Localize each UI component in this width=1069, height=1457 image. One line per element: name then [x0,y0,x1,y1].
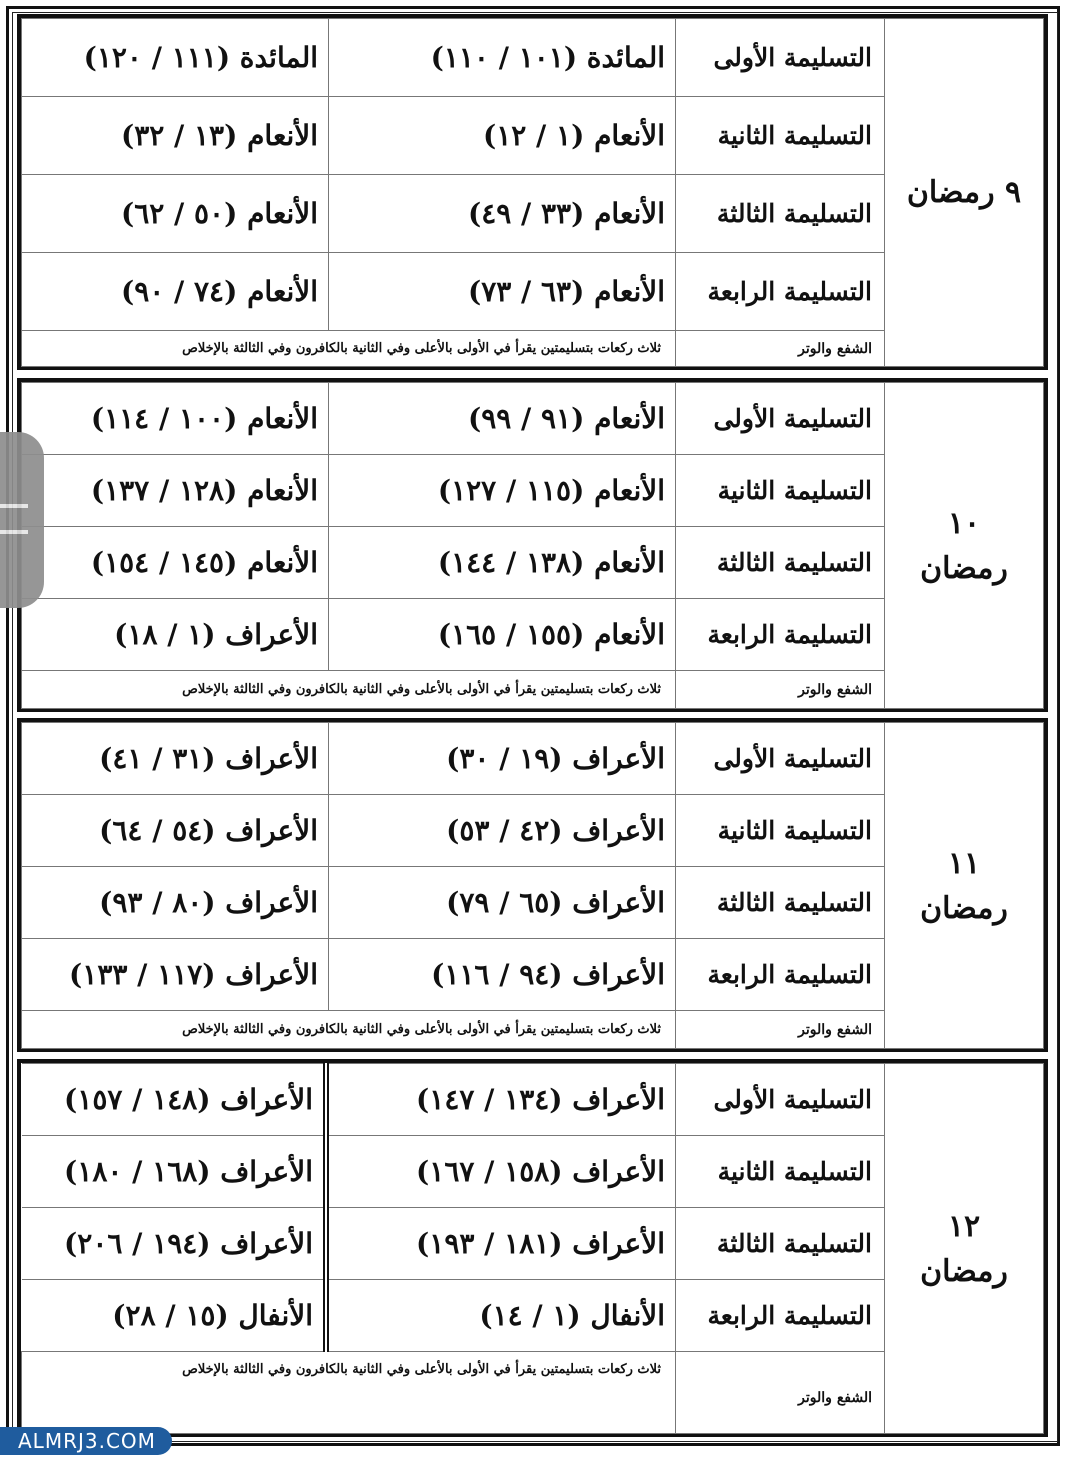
taslima-label: التسليمة الأولى [676,383,885,455]
shafa-witr-label: الشفع والوتر [676,1352,885,1434]
shafa-witr-note: ثلاث ركعات بتسليمتين يقرأ في الأولى بالأ… [22,331,676,367]
taslima-label: التسليمة الرابعة [676,1280,885,1352]
reading-2: الأعراف (٣١ / ٤١) [22,723,329,795]
day-number: ١٠ [885,501,1043,546]
taslima-label: التسليمة الثانية [676,1136,885,1208]
taslima-label: التسليمة الرابعة [676,253,885,331]
shafa-witr-label: الشفع والوتر [676,671,885,709]
taslima-label: التسليمة الثانية [676,455,885,527]
day-section-12: ١٢ رمضان التسليمة الأولى الأعراف (١٣٤ / … [17,1059,1048,1437]
taslima-label: التسليمة الرابعة [676,939,885,1011]
day-section-10: ١٠ رمضان التسليمة الأولى الأنعام (٩١ / ٩… [17,378,1048,712]
reading-1: الأنعام (١١٥ / ١٢٧) [329,455,676,527]
reading-2: الأعراف (٥٤ / ٦٤) [22,795,329,867]
day-cell: ١٢ رمضان [885,1064,1044,1434]
schedule-table-day-11: ١١ رمضان التسليمة الأولى الأعراف (١٩ / ٣… [21,722,1044,1049]
reading-1: الأعراف (١٣٤ / ١٤٧) [326,1064,676,1136]
reading-1: المائدة (١٠١ / ١١٠) [329,19,676,97]
taslima-label: التسليمة الثانية [676,795,885,867]
reading-2: الأنعام (٥٠ / ٦٢) [22,175,329,253]
taslima-label: التسليمة الثالثة [676,1208,885,1280]
reading-1: الأعراف (١٨١ / ١٩٣) [326,1208,676,1280]
day-cell: ١٠ رمضان [885,383,1044,709]
reading-1: الأنعام (٦٣ / ٧٣) [329,253,676,331]
day-section-9: ٩ رمضان التسليمة الأولى المائدة (١٠١ / ١… [17,14,1048,370]
reading-1: الأنفال (١ / ١٤) [326,1280,676,1352]
taslima-label: التسليمة الثانية [676,97,885,175]
schedule-table-day-10: ١٠ رمضان التسليمة الأولى الأنعام (٩١ / ٩… [21,382,1044,709]
schedule-table-day-9: ٩ رمضان التسليمة الأولى المائدة (١٠١ / ١… [21,18,1044,367]
reading-1: الأعراف (٦٥ / ٧٩) [329,867,676,939]
shafa-witr-note: ثلاث ركعات بتسليمتين يقرأ في الأولى بالأ… [22,1352,676,1434]
shafa-witr-note: ثلاث ركعات بتسليمتين يقرأ في الأولى بالأ… [22,671,676,709]
taslima-label: التسليمة الثالثة [676,867,885,939]
watermark-badge: ALMRJ3.COM [0,1427,172,1455]
reading-2: الأعراف (١ / ١٨) [22,599,329,671]
reading-1: الأعراف (٤٢ / ٥٣) [329,795,676,867]
day-label: رمضان [885,546,1043,591]
shafa-witr-note: ثلاث ركعات بتسليمتين يقرأ في الأولى بالأ… [22,1011,676,1049]
day-number: ٩ [1005,175,1021,210]
reading-1: الأنعام (١٣٨ / ١٤٤) [329,527,676,599]
taslima-label: التسليمة الأولى [676,723,885,795]
day-cell: ١١ رمضان [885,723,1044,1049]
taslima-label: التسليمة الرابعة [676,599,885,671]
day-cell: ٩ رمضان [885,19,1044,367]
reading-1: الأنعام (٩١ / ٩٩) [329,383,676,455]
day-label: رمضان [885,886,1043,931]
reading-2: الأعراف (١٤٨ / ١٥٧) [22,1064,327,1136]
side-drag-tab[interactable] [0,432,44,608]
reading-2: الأعراف (١٦٨ / ١٨٠) [22,1136,327,1208]
reading-2: الأنعام (١٣ / ٣٢) [22,97,329,175]
day-section-11: ١١ رمضان التسليمة الأولى الأعراف (١٩ / ٣… [17,718,1048,1052]
reading-2: الأنعام (١٤٥ / ١٥٤) [22,527,329,599]
taslima-label: التسليمة الأولى [676,19,885,97]
reading-1: الأنعام (١٥٥ / ١٦٥) [329,599,676,671]
day-number: ١١ [885,841,1043,886]
day-label: رمضان [885,1249,1043,1294]
reading-1: الأعراف (١٥٨ / ١٦٧) [326,1136,676,1208]
day-number: ١٢ [885,1204,1043,1249]
reading-2: الأنعام (١٢٨ / ١٣٧) [22,455,329,527]
shafa-witr-label: الشفع والوتر [676,1011,885,1049]
shafa-witr-label: الشفع والوتر [676,331,885,367]
reading-2: الأعراف (٨٠ / ٩٣) [22,867,329,939]
day-label: رمضان [907,175,995,210]
reading-2: الأنعام (١٠٠ / ١١٤) [22,383,329,455]
reading-1: الأنعام (١ / ١٢) [329,97,676,175]
reading-2: الأنفال (١٥ / ٢٨) [22,1280,327,1352]
taslima-label: التسليمة الثالثة [676,175,885,253]
reading-2: المائدة (١١١ / ١٢٠) [22,19,329,97]
taslima-label: التسليمة الأولى [676,1064,885,1136]
reading-1: الأعراف (٩٤ / ١١٦) [329,939,676,1011]
reading-1: الأعراف (١٩ / ٣٠) [329,723,676,795]
reading-2: الأعراف (١٩٤ / ٢٠٦) [22,1208,327,1280]
reading-2: الأعراف (١١٧ / ١٣٣) [22,939,329,1011]
reading-1: الأنعام (٣٣ / ٤٩) [329,175,676,253]
taslima-label: التسليمة الثالثة [676,527,885,599]
schedule-table-day-12: ١٢ رمضان التسليمة الأولى الأعراف (١٣٤ / … [21,1063,1044,1434]
reading-2: الأنعام (٧٤ / ٩٠) [22,253,329,331]
